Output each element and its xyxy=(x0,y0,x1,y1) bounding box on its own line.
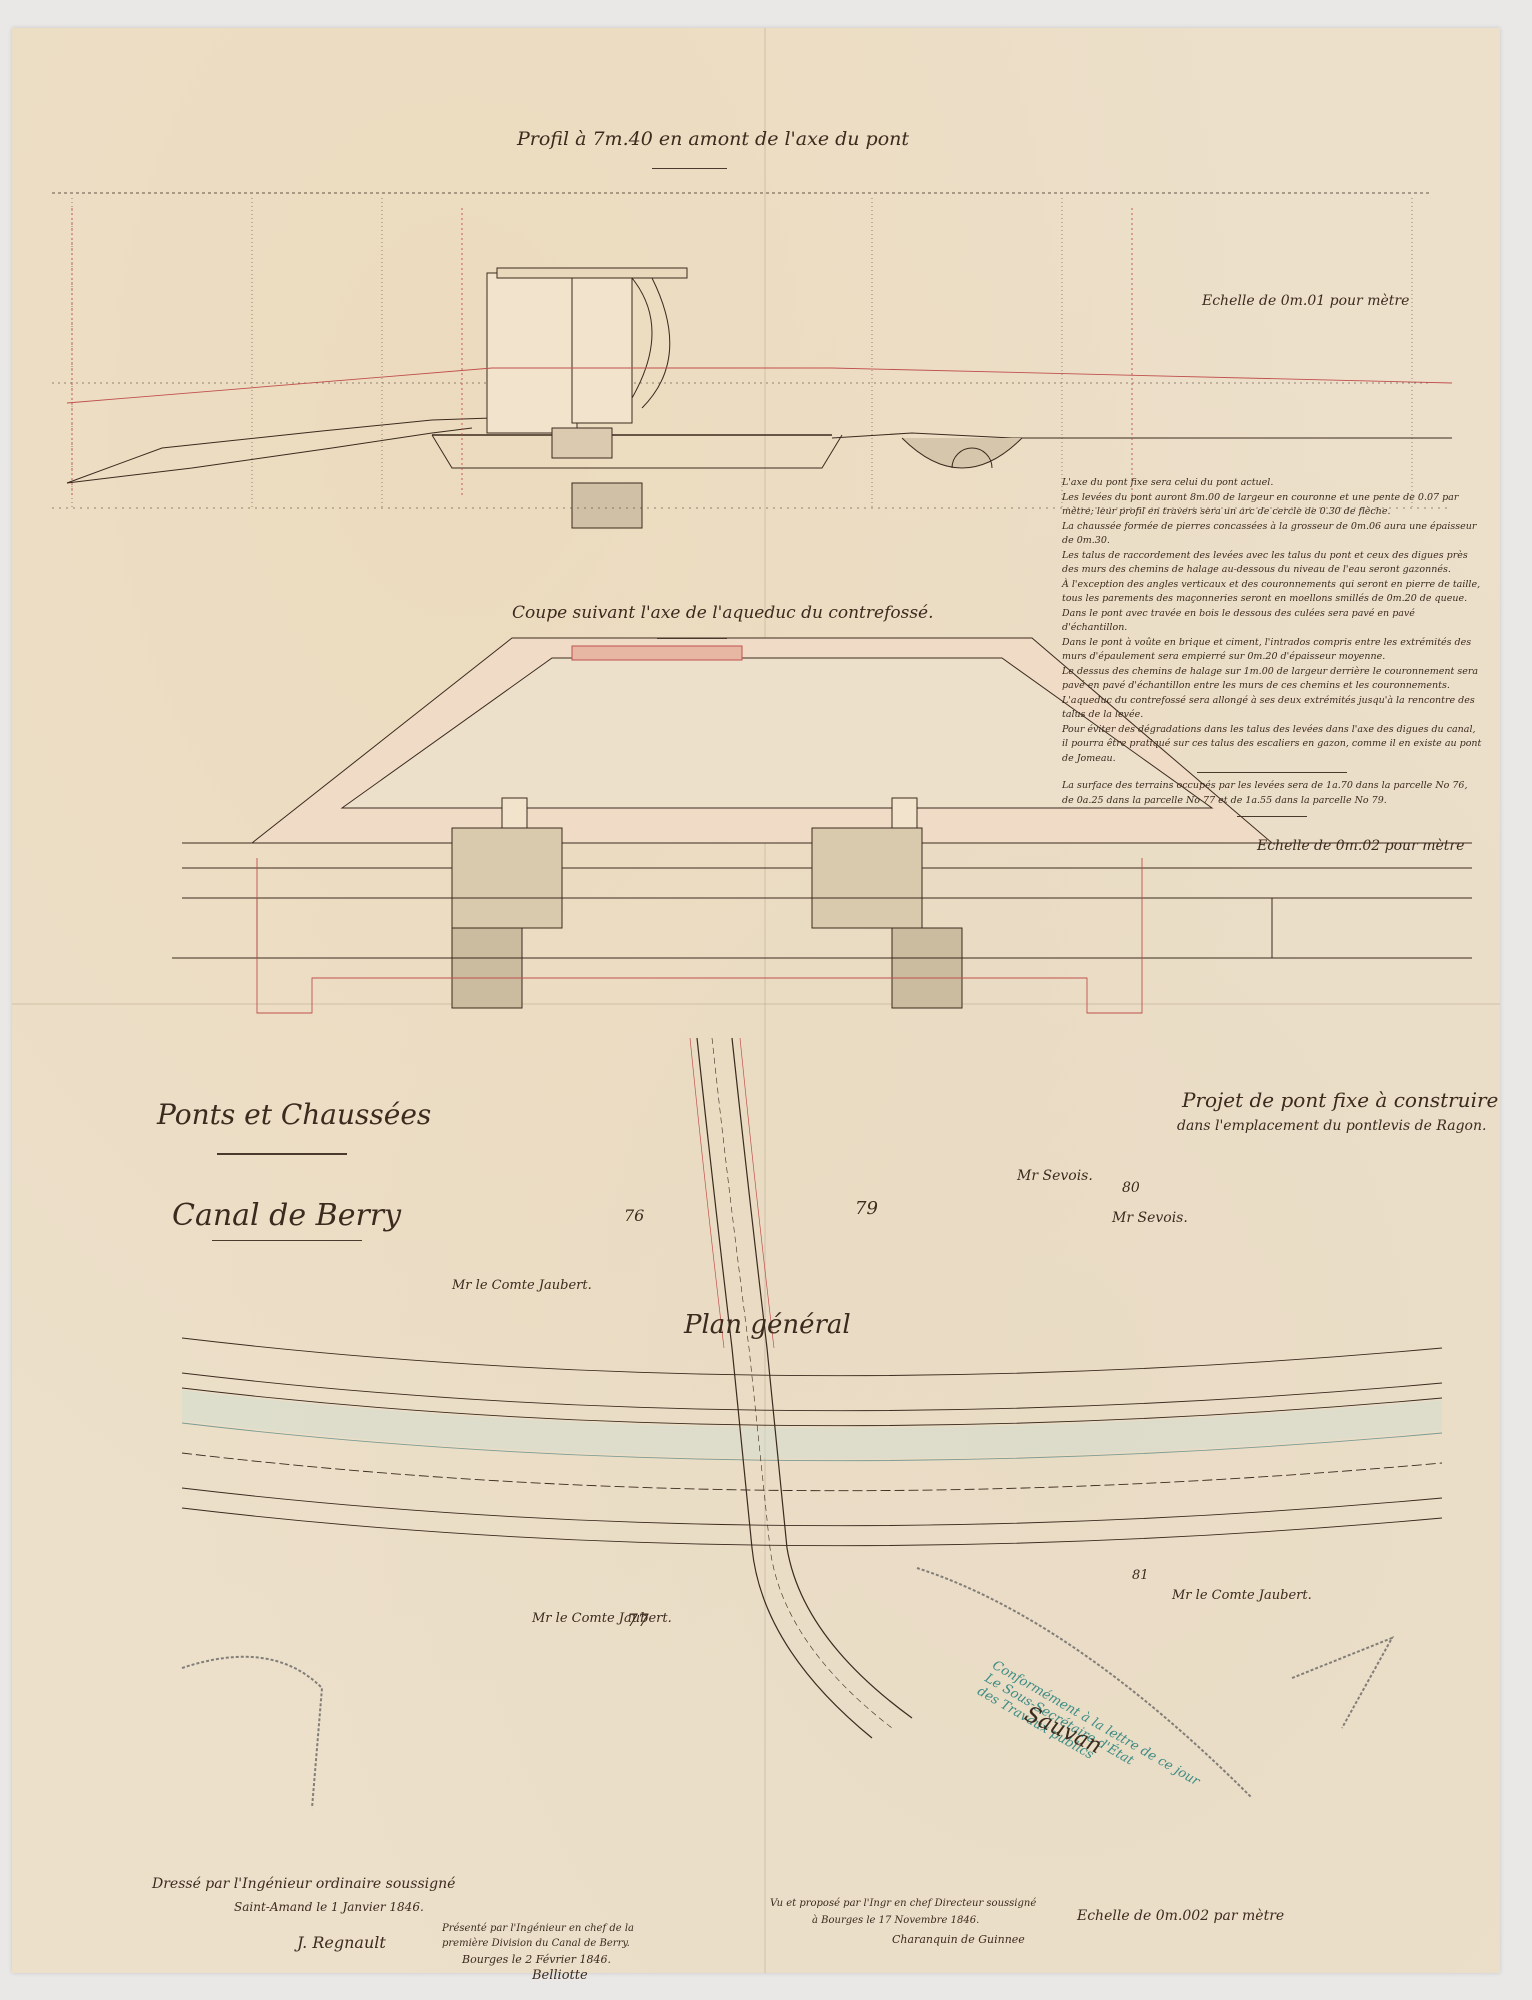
note-item: Les talus de raccordement des levées ave… xyxy=(1062,549,1482,578)
reviewer-date: Bourges le 2 Février 1846. xyxy=(462,1953,611,1966)
drafter-signature: J. Regnault xyxy=(297,1933,386,1952)
administration-heading: Ponts et Chaussées xyxy=(157,1098,431,1131)
owner-label: Mr Sevois. xyxy=(1017,1168,1093,1184)
parcel-number: 77 xyxy=(627,1611,649,1631)
note-item: Dans le pont à voûte en brique et ciment… xyxy=(1062,636,1482,665)
parcel-number: 79 xyxy=(855,1198,878,1219)
profile-title: Profil à 7m.40 en amont de l'axe du pont xyxy=(517,128,909,150)
reviewer-statement-line2: première Division du Canal de Berry. xyxy=(442,1938,630,1949)
owner-label: Mr Sevois. xyxy=(1112,1210,1188,1226)
parcel-number: 81 xyxy=(1132,1568,1149,1583)
canal-name: Canal de Berry xyxy=(172,1198,401,1233)
notes-divider xyxy=(1237,816,1307,817)
owner-label: Mr le Comte Jaubert. xyxy=(452,1278,592,1293)
canal-water-wash xyxy=(182,1390,1442,1459)
title-underline xyxy=(652,168,727,169)
note-item: L'aqueduc du contrefossé sera allongé à … xyxy=(1062,694,1482,723)
title-underline xyxy=(657,638,727,639)
parcel-number: 80 xyxy=(1122,1180,1140,1196)
director-signature: Charanquin de Guinnee xyxy=(892,1933,1025,1946)
heading-underline xyxy=(217,1153,347,1155)
notes-divider xyxy=(1197,772,1347,773)
director-statement: Vu et proposé par l'Ingr en chef Directe… xyxy=(770,1898,1036,1909)
owner-label: Mr le Comte Jaubert. xyxy=(1172,1588,1312,1603)
project-title-line1: Projet de pont fixe à construire xyxy=(1182,1088,1498,1112)
note-item: L'axe du pont fixe sera celui du pont ac… xyxy=(1062,476,1482,491)
plan-field-boundaries xyxy=(182,1568,1392,1808)
technical-drawing-linework xyxy=(12,28,1500,1973)
plan-title: Plan général xyxy=(684,1310,851,1340)
construction-notes: L'axe du pont fixe sera celui du pont ac… xyxy=(1062,476,1482,825)
note-item: Dans le pont avec travée en bois le dess… xyxy=(1062,607,1482,636)
drafter-statement: Dressé par l'Ingénieur ordinaire soussig… xyxy=(152,1876,455,1892)
aqueduct-section-scale: Echelle de 0m.02 pour mètre xyxy=(1257,838,1464,854)
note-item: Le dessus des chemins de halage sur 1m.0… xyxy=(1062,665,1482,694)
canal-underline xyxy=(212,1240,362,1241)
aqueduct-red-outline xyxy=(257,858,1142,1013)
reviewer-signature: Belliotte xyxy=(532,1968,588,1983)
parcel-number: 76 xyxy=(624,1206,644,1225)
profile-gradient-lines xyxy=(67,208,1452,498)
project-title-line2: dans l'emplacement du pontlevis de Ragon… xyxy=(1177,1118,1486,1134)
plan-road xyxy=(697,1038,912,1738)
plan-scale: Echelle de 0m.002 par mètre xyxy=(1077,1908,1284,1924)
aqueduct-section-title: Coupe suivant l'axe de l'aqueduc du cont… xyxy=(512,603,934,623)
note-item: La chaussée formée de pierres concassées… xyxy=(1062,520,1482,549)
note-item: Les levées du pont auront 8m.00 de large… xyxy=(1062,491,1482,520)
note-item: À l'exception des angles verticaux et de… xyxy=(1062,578,1482,607)
note-item-surface: La surface des terrains occupés par les … xyxy=(1062,779,1482,808)
reviewer-statement-line1: Présenté par l'Ingénieur en chef de la xyxy=(442,1923,634,1934)
drawing-sheet: Profil à 7m.40 en amont de l'axe du pont… xyxy=(12,28,1500,1973)
note-item: Pour éviter des dégradations dans les ta… xyxy=(1062,723,1482,767)
drafter-date: Saint-Amand le 1 Janvier 1846. xyxy=(234,1900,424,1914)
owner-label: Mr le Comte Jaubert. xyxy=(532,1611,672,1626)
director-date: à Bourges le 17 Novembre 1846. xyxy=(812,1915,979,1926)
profile-scale: Echelle de 0m.01 pour mètre xyxy=(1202,293,1409,309)
